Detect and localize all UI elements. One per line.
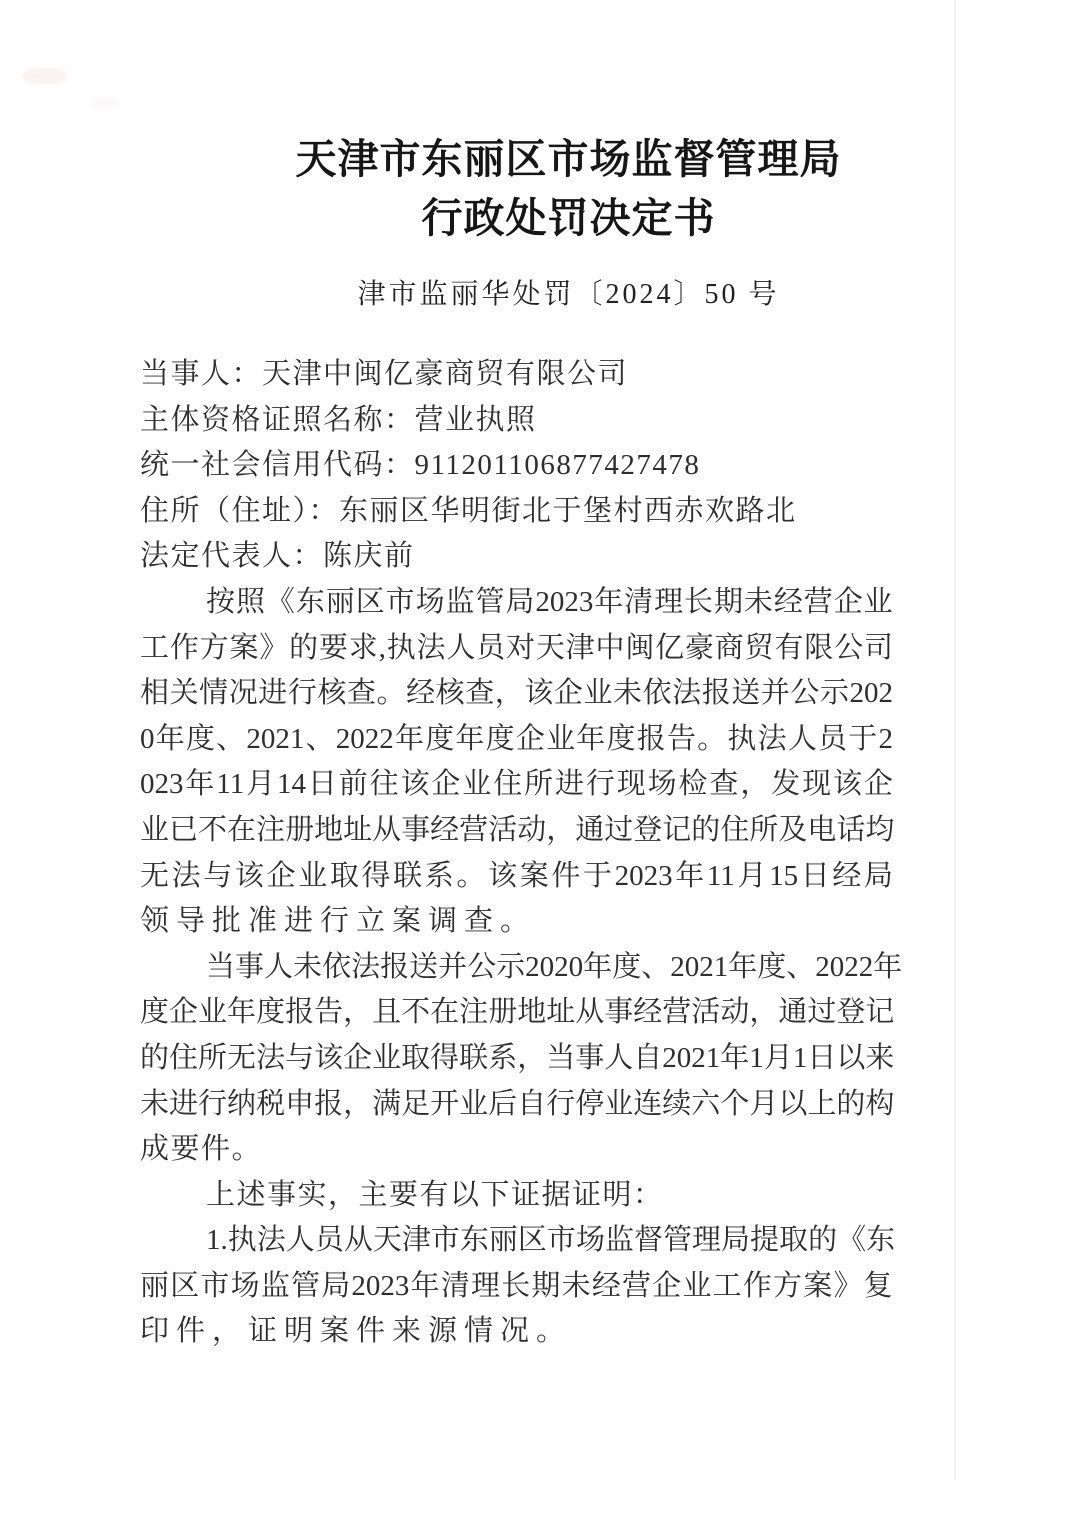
scanned-document-page: { "document": { "authority": "天津市东丽区市场监督… (0, 0, 1077, 1515)
body-line: 相关情况进行核查。经核查，该企业未依法报送并公示202 (140, 671, 893, 717)
license-type-line: 主体资格证照名称：营业执照 (140, 398, 893, 444)
body-line: 未进行纳税申报，满足开业后自行停业连续六个月以上的构 (140, 1082, 893, 1128)
body-line: 的住所无法与该企业取得联系，当事人自2021年1月1日以来 (140, 1036, 893, 1082)
body-line: 上述事实，主要有以下证据证明： (140, 1173, 893, 1219)
document-number: 津市监丽华处罚〔2024〕50 号 (120, 275, 1017, 315)
document-type-title: 行政处罚决定书 (120, 189, 1017, 248)
body-line: 业已不在注册地址从事经营活动，通过登记的住所及电话均 (140, 808, 893, 854)
issuing-authority-title: 天津市东丽区市场监督管理局 (120, 130, 1017, 189)
credit-code-line: 统一社会信用代码：911201106877427478 (140, 443, 893, 489)
legal-representative-line: 法定代表人：陈庆前 (140, 534, 893, 580)
body-line: 0年度、2021、2022年度年度企业年度报告。执法人员于2 (140, 717, 893, 763)
document-page: 天津市东丽区市场监督管理局 行政处罚决定书 津市监丽华处罚〔2024〕50 号 … (0, 0, 1077, 1515)
body-line: 1.执法人员从天津市东丽区市场监督管理局提取的《东 (140, 1218, 893, 1264)
address-line: 住所（住址）：东丽区华明街北于堡村西赤欢路北 (140, 489, 893, 535)
body-line: 无法与该企业取得联系。该案件于2023年11月15日经局 (140, 854, 893, 900)
document-body: 当事人：天津中闽亿豪商贸有限公司 主体资格证照名称：营业执照 统一社会信用代码：… (140, 352, 893, 1355)
body-line: 领导批准进行立案调查。 (140, 899, 893, 945)
body-line: 工作方案》的要求,执法人员对天津中闽亿豪商贸有限公司 (140, 626, 893, 672)
body-line: 度企业年度报告，且不在注册地址从事经营活动，通过登记 (140, 990, 893, 1036)
body-line: 按照《东丽区市场监管局2023年清理长期未经营企业 (140, 580, 893, 626)
body-line: 当事人未依法报送并公示2020年度、2021年度、2022年 (140, 945, 893, 991)
body-line: 丽区市场监管局2023年清理长期未经营企业工作方案》复 (140, 1264, 893, 1310)
body-line: 023年11月14日前往该企业住所进行现场检查，发现该企 (140, 762, 893, 808)
party-line: 当事人：天津中闽亿豪商贸有限公司 (140, 352, 893, 398)
document-title: 天津市东丽区市场监督管理局 行政处罚决定书 (0, 0, 1077, 248)
body-line: 成要件。 (140, 1127, 893, 1173)
body-line: 印件，证明案件来源情况。 (140, 1309, 893, 1355)
